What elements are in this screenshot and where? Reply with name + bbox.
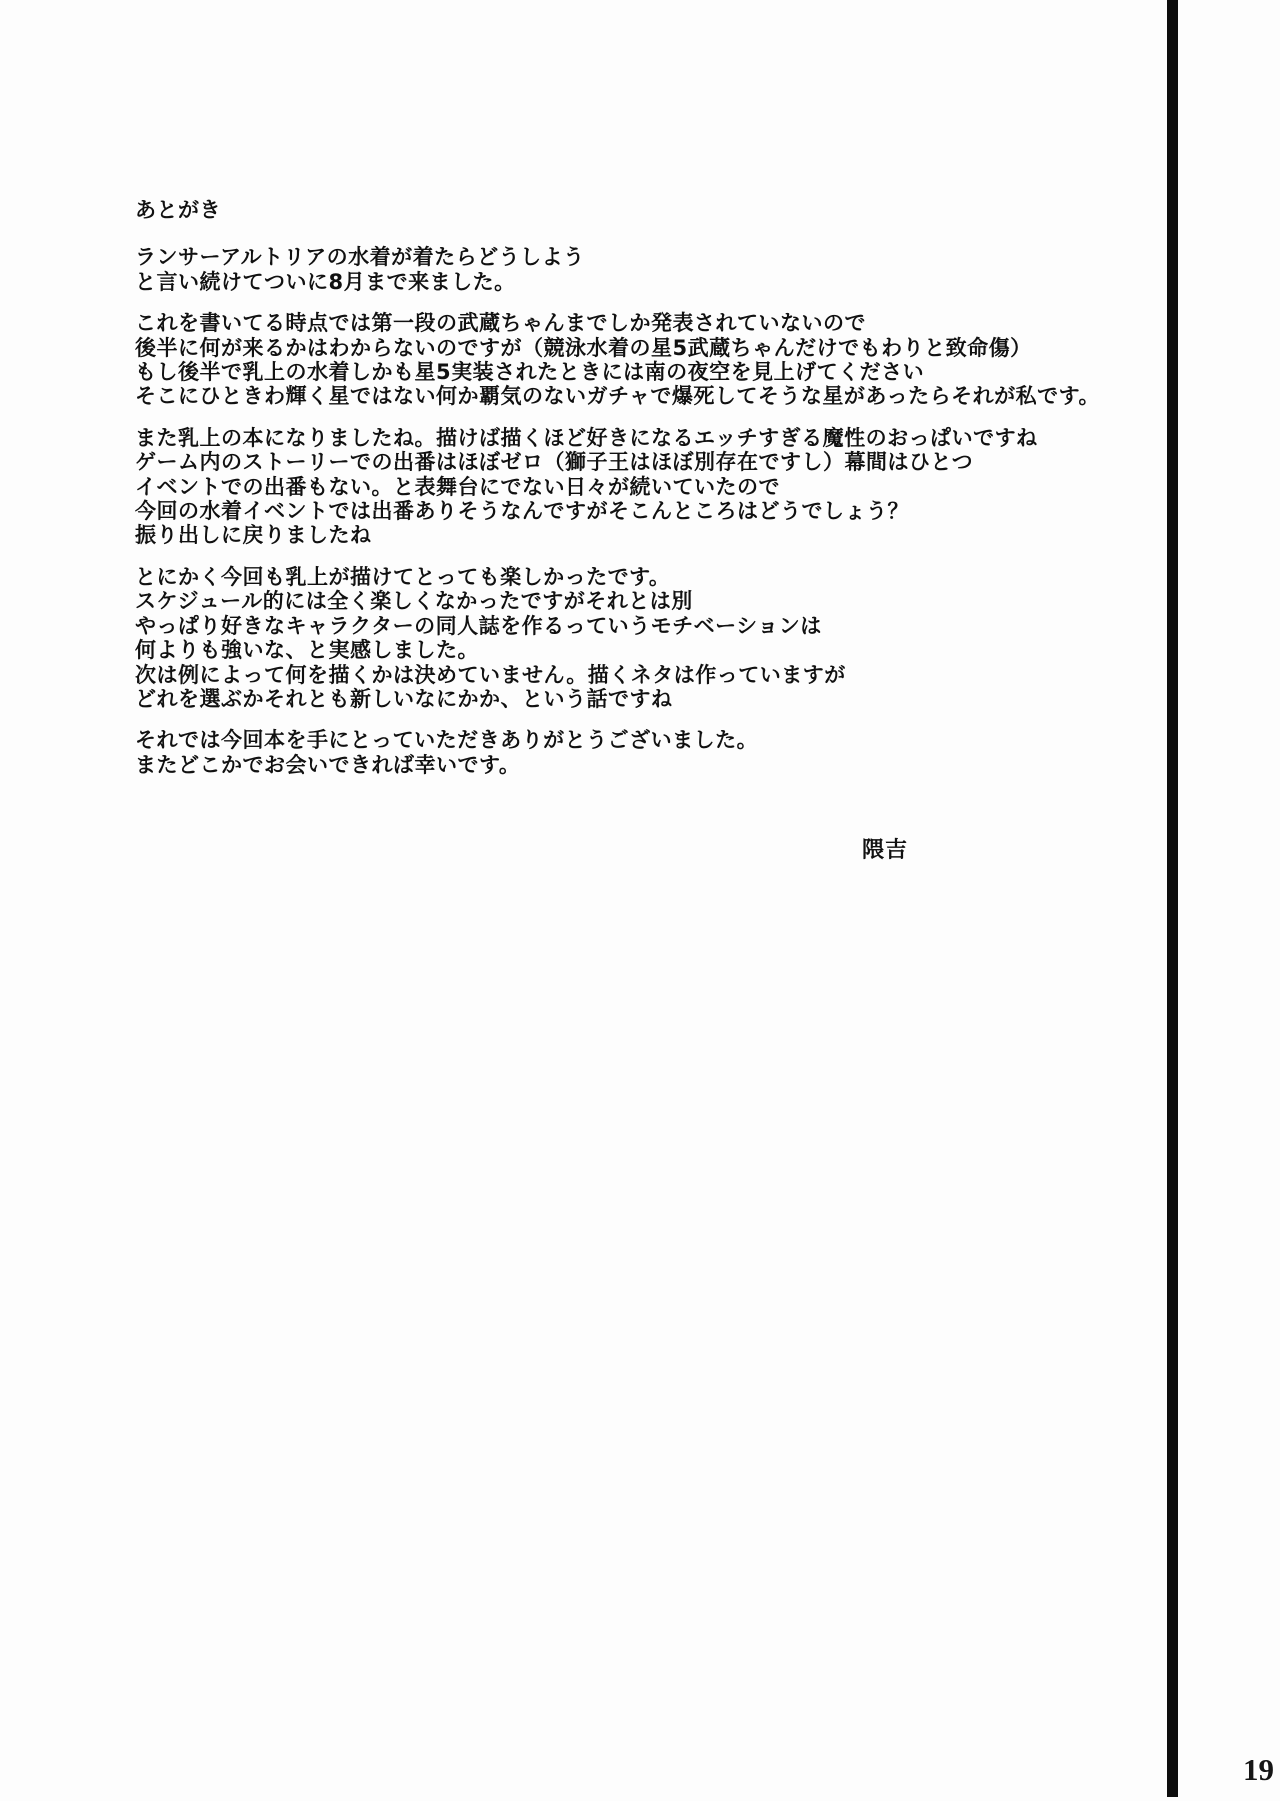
- text-line: ランサーアルトリアの水着が着たらどうしよう: [135, 245, 1100, 269]
- afterword-paragraph: とにかく今回も乳上が描けてとっても楽しかったです。 スケジュール的には全く楽しく…: [135, 565, 1100, 711]
- text-line: また乳上の本になりましたね。描けば描くほど好きになるエッチすぎる魔性のおっぱいで…: [135, 426, 1100, 450]
- text-line: そこにひときわ輝く星ではない何か覇気のないガチャで爆死してそうな星があったらそれ…: [135, 384, 1100, 408]
- page-number: 19: [1243, 1752, 1274, 1788]
- scanned-page: あとがき ランサーアルトリアの水着が着たらどうしよう と言い続けてついに8月まで…: [0, 0, 1280, 1801]
- text-line: と言い続けてついに8月まで来ました。: [135, 270, 1100, 294]
- afterword-paragraph: これを書いてる時点では第一段の武蔵ちゃんまでしか発表されていないので 後半に何が…: [135, 311, 1100, 409]
- afterword-text-block: あとがき ランサーアルトリアの水着が着たらどうしよう と言い続けてついに8月まで…: [135, 198, 1100, 794]
- text-line: イベントでの出番もない。と表舞台にでない日々が続いていたので: [135, 475, 1100, 499]
- text-line: 今回の水着イベントでは出番ありそうなんですがそこんところはどうでしょう？: [135, 499, 1100, 523]
- text-line: これを書いてる時点では第一段の武蔵ちゃんまでしか発表されていないので: [135, 311, 1100, 335]
- scan-spine-bar: [1167, 0, 1178, 1797]
- afterword-paragraph: ランサーアルトリアの水着が着たらどうしよう と言い続けてついに8月まで来ました。: [135, 245, 1100, 294]
- text-line: 次は例によって何を描くかは決めていません。描くネタは作っていますが: [135, 663, 1100, 687]
- text-line: 後半に何が来るかはわからないのですが（競泳水着の星5武蔵ちゃんだけでもわりと致命…: [135, 336, 1100, 360]
- text-line: 振り出しに戻りましたね: [135, 523, 1100, 547]
- text-line: やっぱり好きなキャラクターの同人誌を作るっていうモチベーションは: [135, 614, 1100, 638]
- text-line: ゲーム内のストーリーでの出番はほぼゼロ（獅子王はほぼ別存在ですし）幕間はひとつ: [135, 450, 1100, 474]
- text-line: とにかく今回も乳上が描けてとっても楽しかったです。: [135, 565, 1100, 589]
- text-line: スケジュール的には全く楽しくなかったですがそれとは別: [135, 589, 1100, 613]
- text-line: どれを選ぶかそれとも新しいなにかか、という話ですね: [135, 687, 1100, 711]
- afterword-paragraph: それでは今回本を手にとっていただきありがとうございました。 またどこかでお会いで…: [135, 728, 1100, 777]
- text-line: 何よりも強いな、と実感しました。: [135, 638, 1100, 662]
- author-signature: 隈吉: [862, 833, 908, 864]
- afterword-paragraph: また乳上の本になりましたね。描けば描くほど好きになるエッチすぎる魔性のおっぱいで…: [135, 426, 1100, 548]
- text-line: もし後半で乳上の水着しかも星5実装されたときには南の夜空を見上げてください: [135, 360, 1100, 384]
- text-line: それでは今回本を手にとっていただきありがとうございました。: [135, 728, 1100, 752]
- page-title: あとがき: [135, 198, 1100, 222]
- text-line: またどこかでお会いできれば幸いです。: [135, 753, 1100, 777]
